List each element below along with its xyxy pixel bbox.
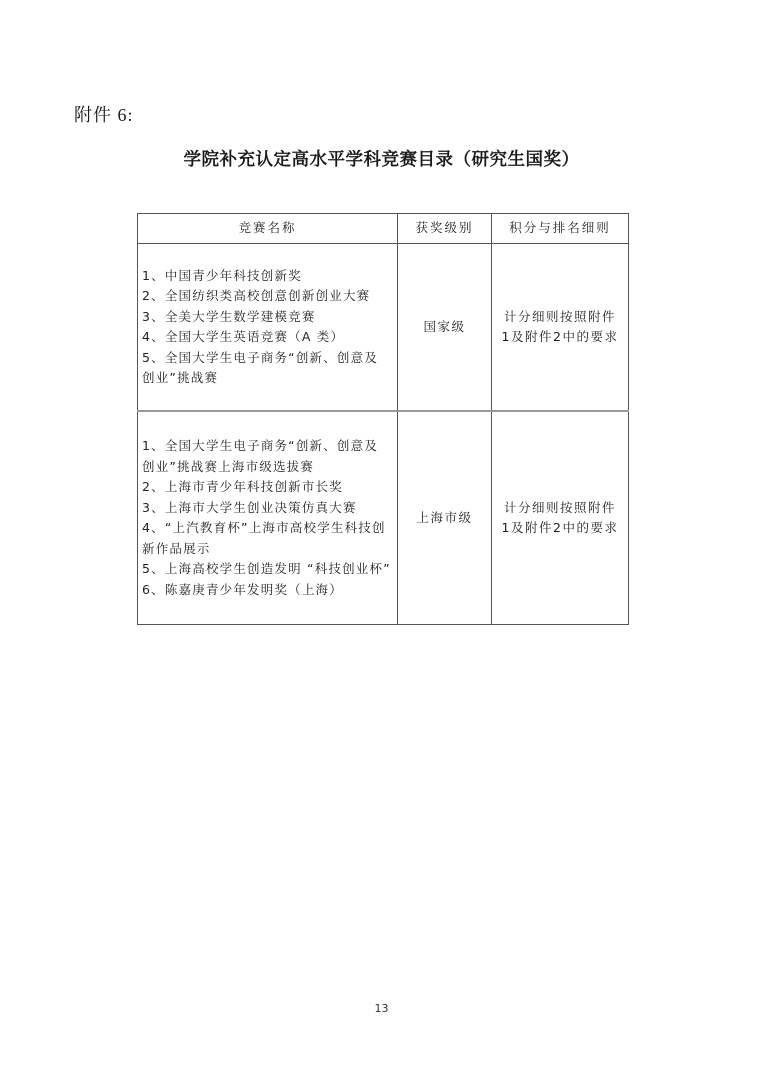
competition-item: 6、陈嘉庚青少年发明奖（上海） [142,580,391,601]
header-competition-name: 竞赛名称 [138,214,398,244]
competition-item: 3、全美大学生数学建模竞赛 [142,307,391,328]
competition-list-cell: 1、全国大学生电子商务“创新、创意及创业”挑战赛上海市级选拔赛 2、上海市青少年… [138,411,398,625]
competition-list-cell: 1、中国青少年科技创新奖 2、全国纺织类高校创意创新创业大赛 3、全美大学生数学… [138,244,398,412]
table-row: 1、中国青少年科技创新奖 2、全国纺织类高校创意创新创业大赛 3、全美大学生数学… [138,244,629,412]
competition-item: 2、全国纺织类高校创意创新创业大赛 [142,286,391,307]
rule-line: 计分细则按照附件 [496,307,624,328]
rule-line: 1及附件2中的要求 [496,518,624,539]
competition-item: 5、全国大学生电子商务“创新、创意及创业”挑战赛 [142,348,391,389]
competition-table: 竞赛名称 获奖级别 积分与排名细则 1、中国青少年科技创新奖 2、全国纺织类高校… [137,213,629,625]
competition-item: 2、上海市青少年科技创新市长奖 [142,477,391,498]
scoring-rule-cell: 计分细则按照附件 1及附件2中的要求 [492,244,629,412]
competition-item: 4、全国大学生英语竞赛（A 类） [142,327,391,348]
competition-item: 5、上海高校学生创造发明 “科技创业杯” [142,559,391,580]
rule-line: 计分细则按照附件 [496,498,624,519]
award-level-cell: 国家级 [398,244,492,412]
table-header-row: 竞赛名称 获奖级别 积分与排名细则 [138,214,629,244]
document-title: 学院补充认定高水平学科竞赛目录（研究生国奖） [0,146,763,171]
competition-item: 1、全国大学生电子商务“创新、创意及创业”挑战赛上海市级选拔赛 [142,436,391,477]
attachment-label: 附件 6: [74,101,134,127]
competition-item: 3、上海市大学生创业决策仿真大赛 [142,498,391,519]
competition-item: 4、“上汽教育杯”上海市高校学生科技创新作品展示 [142,518,391,559]
rule-line: 1及附件2中的要求 [496,327,624,348]
page-number: 13 [0,1002,763,1015]
award-level-cell: 上海市级 [398,411,492,625]
competition-item: 1、中国青少年科技创新奖 [142,266,391,287]
scoring-rule-cell: 计分细则按照附件 1及附件2中的要求 [492,411,629,625]
table-row: 1、全国大学生电子商务“创新、创意及创业”挑战赛上海市级选拔赛 2、上海市青少年… [138,411,629,625]
header-award-level: 获奖级别 [398,214,492,244]
header-scoring-rules: 积分与排名细则 [492,214,629,244]
